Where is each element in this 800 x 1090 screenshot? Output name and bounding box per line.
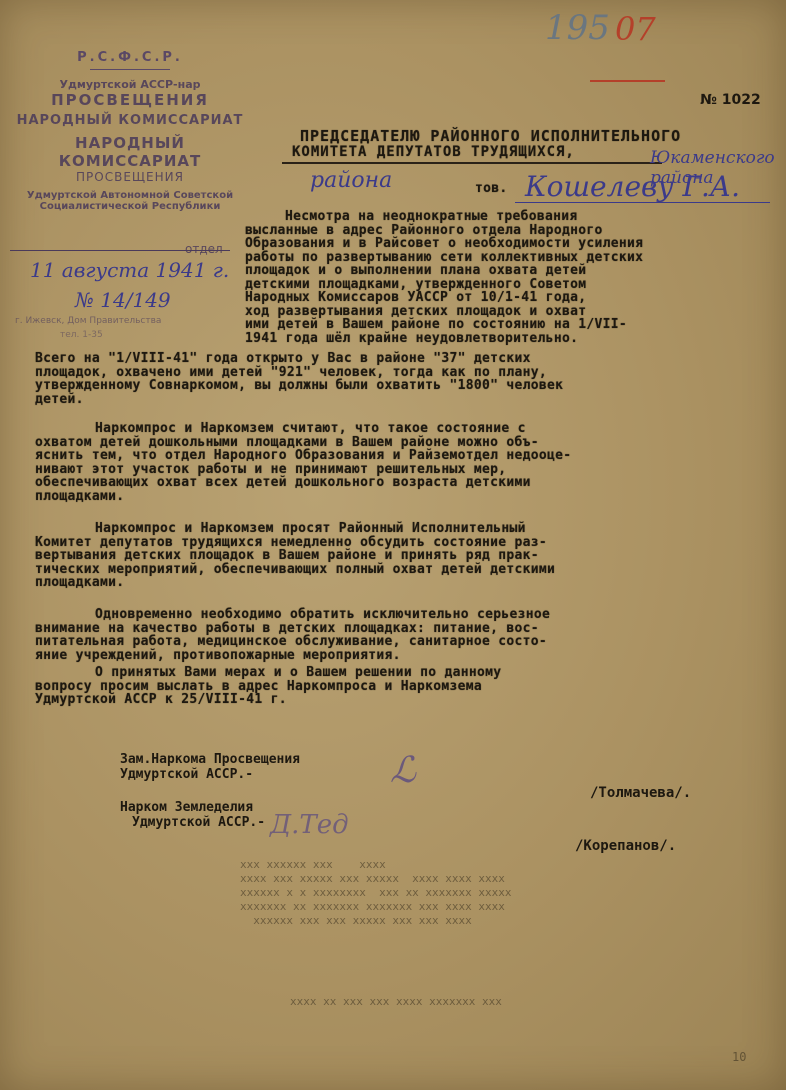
letterhead-line: Удмуртской АССР-нар <box>10 78 250 91</box>
body-line: 1941 года шёл крайне неудовлетворительно… <box>245 332 643 346</box>
letterhead-stamp: Р.С.Ф.С.Р. Удмуртской АССР-нар ПРОСВЕЩЕН… <box>10 50 250 212</box>
body-line: высланные в адрес Районного отдела Народ… <box>245 224 643 238</box>
dept-label: отдел <box>185 242 223 256</box>
letterhead-phone: тел. 1-35 <box>60 330 103 340</box>
signatory-title: Удмуртской АССР.- <box>120 815 265 830</box>
body-line: О принятых Вами мерах и о Вашем решении … <box>35 666 501 680</box>
body-line: площадок и о выполнении плана охвата дет… <box>245 264 643 278</box>
body-line: ход развертывания детских площадок и охв… <box>245 305 643 319</box>
body-paragraph-1: Несмотра на неоднократные требования выс… <box>245 210 643 345</box>
body-paragraph-1b: Всего на "1/VIII-41" года открыто у Вас … <box>35 352 563 406</box>
letterhead-republic: Р.С.Ф.С.Р. <box>10 50 250 65</box>
handwritten-addressee-name: Кошелеву Г.А. <box>525 170 740 203</box>
signatory-title: Удмуртской АССР.- <box>120 767 300 782</box>
body-paragraph-4: Одновременно необходимо обратить исключи… <box>35 608 550 662</box>
signatory-name-1: /Толмачева/. <box>590 785 691 801</box>
body-line: площадками. <box>35 490 571 504</box>
handwritten-district-cont: района <box>310 168 392 193</box>
archive-red-number: 07 <box>615 10 656 48</box>
body-line: утвержденному Совнаркомом, вы должны был… <box>35 379 563 393</box>
body-paragraph-5: О принятых Вами мерах и о Вашем решении … <box>35 666 501 707</box>
document-page: Р.С.Ф.С.Р. Удмуртской АССР-нар ПРОСВЕЩЕН… <box>0 0 786 1090</box>
handwritten-date: 11 августа 1941 г. <box>30 258 229 282</box>
bleed-through-text: хххх хх ххх ххх хххх ххххххх ххх <box>290 995 502 1009</box>
body-line: Несмотра на неоднократные требования <box>245 210 643 224</box>
body-line: Комитет депутатов трудящихся немедленно … <box>35 536 555 550</box>
body-line: Наркомпрос и Наркомзем просят Районный И… <box>35 522 555 536</box>
body-line: яснить тем, что отдел Народного Образова… <box>35 449 571 463</box>
body-line: охватом детей дошкольными площадками в В… <box>35 436 571 450</box>
page-number: 10 <box>732 1050 746 1064</box>
handwritten-signature-2: Д.Тед <box>270 810 349 840</box>
signatory-title: Зам.Наркома Просвещения <box>120 752 300 767</box>
addressee-salutation: тов. <box>475 182 508 196</box>
body-line: ими детей в Вашем районе по состоянию на… <box>245 318 643 332</box>
archive-pencil-number: 195 <box>545 8 610 48</box>
body-line: работы по развертыванию сети коллективны… <box>245 251 643 265</box>
name-underline <box>515 202 770 203</box>
body-line: Народных Комиссаров УАССР от 10/1-41 год… <box>245 291 643 305</box>
addressee-line-1: ПРЕДСЕДАТЕЛЮ РАЙОННОГО ИСПОЛНИТЕЛЬНОГО <box>300 130 681 144</box>
body-line: детей. <box>35 393 563 407</box>
body-line: Удмуртской АССР к 25/VIII-41 г. <box>35 693 501 707</box>
body-line: внимание на качество работы в детских пл… <box>35 622 550 636</box>
body-line: яние учреждений, противопожарные меропри… <box>35 649 550 663</box>
handwritten-outgoing-number: № 14/149 <box>75 288 171 312</box>
body-line: площадками. <box>35 576 555 590</box>
body-line: площадок, охвачено ими детей "921" челов… <box>35 366 563 380</box>
body-line: вопросу просим выслать в адрес Наркомпро… <box>35 680 501 694</box>
body-line: Наркомпрос и Наркомзем считают, что тако… <box>35 422 571 436</box>
body-line: вертывания детских площадок в Вашем райо… <box>35 549 555 563</box>
archive-red-underline <box>590 80 665 82</box>
addressee-underline <box>282 162 662 164</box>
signatory-name-2: /Корепанов/. <box>575 838 676 854</box>
body-line: Всего на "1/VIII-41" года открыто у Вас … <box>35 352 563 366</box>
letterhead-city: г. Ижевск, Дом Правительства <box>15 316 161 326</box>
signature-block-2: Нарком Земледелия Удмуртской АССР.- <box>120 800 265 830</box>
body-line: питательная работа, медицинское обслужив… <box>35 635 550 649</box>
addressee-line-2: КОМИТЕТА ДЕПУТАТОВ ТРУДЯЩИХСЯ, <box>292 146 575 160</box>
archive-stamp-number: № 1022 <box>700 92 761 108</box>
letterhead-line: НАРОДНЫЙ КОМИССАРИАТ <box>10 113 250 128</box>
letterhead-line: Социалистической Республики <box>10 201 250 212</box>
letterhead-line: ПРОСВЕЩЕНИЯ <box>10 170 250 184</box>
body-line: Образования и в Райсовет о необходимости… <box>245 237 643 251</box>
body-paragraph-3: Наркомпрос и Наркомзем просят Районный И… <box>35 522 555 590</box>
signature-block-1: Зам.Наркома Просвещения Удмуртской АССР.… <box>120 752 300 782</box>
signatory-title: Нарком Земледелия <box>120 800 265 815</box>
body-line: обеспечивающих охват всех детей дошкольн… <box>35 476 571 490</box>
letterhead-line: ПРОСВЕЩЕНИЯ <box>10 91 250 109</box>
body-paragraph-2: Наркомпрос и Наркомзем считают, что тако… <box>35 422 571 503</box>
letterhead-divider <box>90 69 170 70</box>
letterhead-line: Удмуртской Автономной Советской <box>10 190 250 201</box>
body-line: детскими площадками, утвержденного Совет… <box>245 278 643 292</box>
bleed-through-text: ххх хххххх ххх хххх хххх ххх ххххх ххх х… <box>240 858 512 928</box>
body-line: нивают этот участок работы и не принимаю… <box>35 463 571 477</box>
body-line: тических мероприятий, обеспечивающих пол… <box>35 563 555 577</box>
handwritten-signature-1: ℒ <box>390 750 416 791</box>
letterhead-line: НАРОДНЫЙ КОМИССАРИАТ <box>10 134 250 170</box>
body-line: Одновременно необходимо обратить исключи… <box>35 608 550 622</box>
